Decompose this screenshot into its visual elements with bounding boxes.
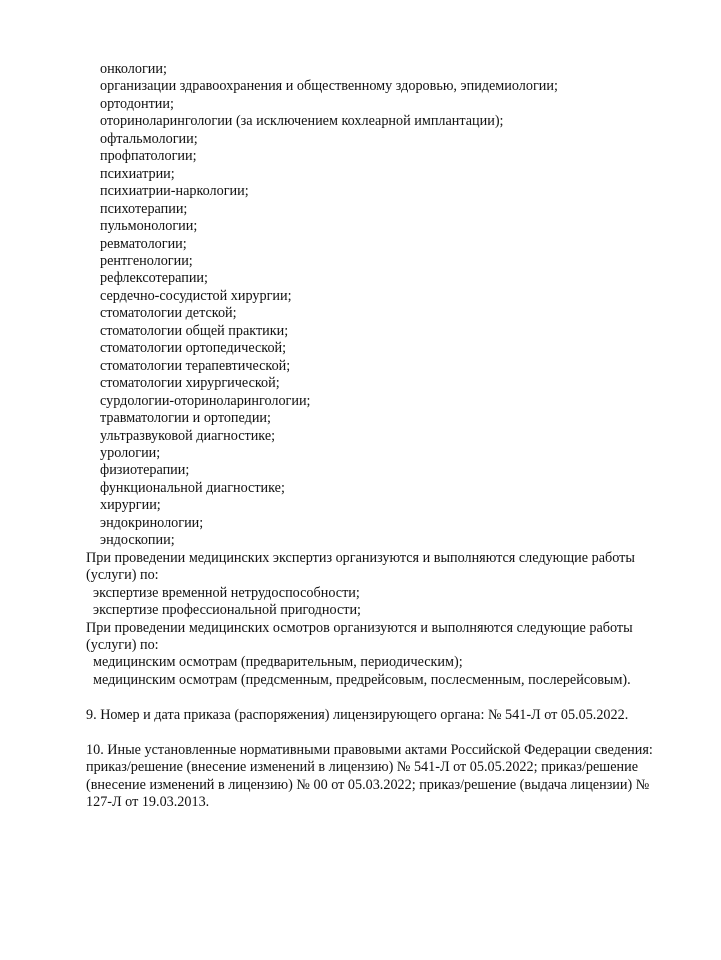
section-10-line: 127-Л от 19.03.2013.: [86, 794, 646, 811]
specialty-item: стоматологии ортопедической;: [86, 340, 646, 357]
examination-item: медицинским осмотрам (предварительным, п…: [86, 654, 646, 671]
specialty-item: эндокринологии;: [86, 515, 646, 532]
specialty-item: психотерапии;: [86, 201, 646, 218]
specialty-item: ультразвуковой диагностике;: [86, 428, 646, 445]
specialty-item: психиатрии-наркологии;: [86, 183, 646, 200]
specialty-item: профпатологии;: [86, 148, 646, 165]
specialty-item: ортодонтии;: [86, 96, 646, 113]
section-10-line: 10. Иные установленные нормативными прав…: [86, 742, 646, 759]
section-10-line: (внесение изменений в лицензию) № 00 от …: [86, 777, 646, 794]
specialty-item: рефлексотерапии;: [86, 270, 646, 287]
specialty-item: функциональной диагностике;: [86, 480, 646, 497]
section-9: 9. Номер и дата приказа (распоряжения) л…: [86, 707, 646, 724]
specialty-item: онкологии;: [86, 61, 646, 78]
expertise-item: экспертизе временной нетрудоспособности;: [86, 585, 646, 602]
specialty-item: стоматологии детской;: [86, 305, 646, 322]
specialty-item: сурдологии-оториноларингологии;: [86, 393, 646, 410]
specialty-item: пульмонологии;: [86, 218, 646, 235]
section-10: 10. Иные установленные нормативными прав…: [86, 742, 646, 812]
specialty-item: офтальмологии;: [86, 131, 646, 148]
specialty-item: эндоскопии;: [86, 532, 646, 549]
specialty-item: стоматологии общей практики;: [86, 323, 646, 340]
examinations-section: При проведении медицинских осмотров орга…: [86, 620, 646, 690]
spacer: [86, 724, 646, 741]
specialty-item: физиотерапии;: [86, 462, 646, 479]
specialty-item: хирургии;: [86, 497, 646, 514]
specialty-item: травматологии и ортопедии;: [86, 410, 646, 427]
document-page: онкологии;организации здравоохранения и …: [0, 0, 721, 960]
specialty-item: рентгенологии;: [86, 253, 646, 270]
expertise-item: экспертизе профессиональной пригодности;: [86, 602, 646, 619]
specialty-item: психиатрии;: [86, 166, 646, 183]
specialty-item: ревматологии;: [86, 236, 646, 253]
expertise-heading-line2: (услуги) по:: [86, 567, 646, 584]
document-body: онкологии;организации здравоохранения и …: [86, 61, 646, 811]
section-10-line: приказ/решение (внесение изменений в лиц…: [86, 759, 646, 776]
specialty-item: стоматологии хирургической;: [86, 375, 646, 392]
expertise-section: При проведении медицинских экспертиз орг…: [86, 550, 646, 620]
examinations-heading-line1: При проведении медицинских осмотров орга…: [86, 620, 646, 637]
examinations-heading-line2: (услуги) по:: [86, 637, 646, 654]
expertise-heading-line1: При проведении медицинских экспертиз орг…: [86, 550, 646, 567]
spacer: [86, 689, 646, 706]
specialty-item: организации здравоохранения и общественн…: [86, 78, 646, 95]
specialty-item: оториноларингологии (за исключением кохл…: [86, 113, 646, 130]
specialty-item: урологии;: [86, 445, 646, 462]
specialty-item: сердечно-сосудистой хирургии;: [86, 288, 646, 305]
specialty-item: стоматологии терапевтической;: [86, 358, 646, 375]
examination-item: медицинским осмотрам (предсменным, предр…: [86, 672, 646, 689]
specialties-list: онкологии;организации здравоохранения и …: [86, 61, 646, 550]
